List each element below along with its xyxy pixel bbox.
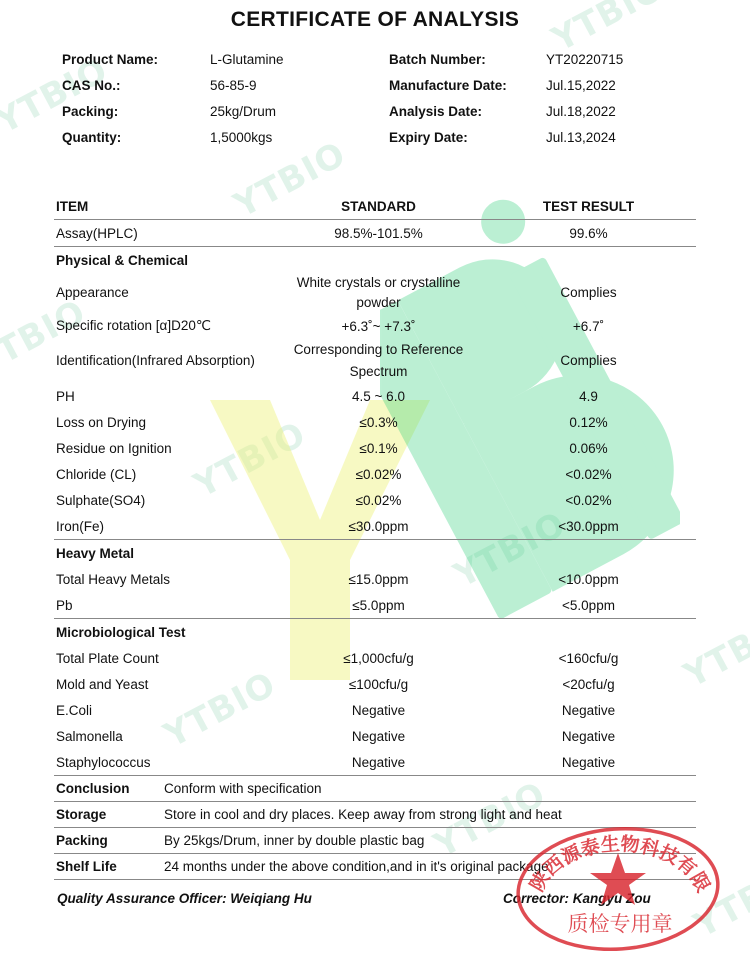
info-value: 1,5000kgs bbox=[210, 130, 272, 145]
cell-item: Staphylococcus bbox=[54, 749, 276, 776]
table-row: Assay(HPLC) 98.5%-101.5% 99.6% bbox=[54, 220, 696, 247]
summary-row: ConclusionConform with specification bbox=[54, 776, 696, 802]
cell-standard: +6.3˚~ +7.3˚ bbox=[276, 313, 481, 339]
summary-row: StorageStore in cool and dry places. Kee… bbox=[54, 802, 696, 828]
cell-item: Appearance bbox=[54, 273, 276, 313]
summary-label: Storage bbox=[54, 802, 164, 828]
cell-standard: 98.5%-101.5% bbox=[276, 220, 481, 247]
cell-standard: ≤0.1% bbox=[276, 435, 481, 461]
cell-result: Complies bbox=[481, 339, 696, 383]
qa-officer-signature: Quality Assurance Officer: Weiqiang Hu bbox=[57, 891, 312, 906]
cell-item: Loss on Drying bbox=[54, 409, 276, 435]
info-value: Jul.15,2022 bbox=[546, 78, 616, 93]
cell-item: Specific rotation [α]D20℃ bbox=[54, 313, 276, 339]
table-row: Sulphate(SO4)≤0.02%<0.02% bbox=[54, 487, 696, 513]
table-row: AppearanceWhite crystals or crystalline … bbox=[54, 273, 696, 313]
summary-value: Conform with specification bbox=[164, 776, 696, 802]
cell-standard: 4.5 ~ 6.0 bbox=[276, 383, 481, 409]
info-label: Product Name: bbox=[62, 52, 158, 67]
table-row: Total Heavy Metals≤15.0ppm<10.0ppm bbox=[54, 566, 696, 592]
svg-text:质检专用章: 质检专用章 bbox=[568, 912, 673, 936]
cell-standard: ≤100cfu/g bbox=[276, 671, 481, 697]
cell-result: 4.9 bbox=[481, 383, 696, 409]
summary-value: Store in cool and dry places. Keep away … bbox=[164, 802, 696, 828]
info-value: YT20220715 bbox=[546, 52, 623, 67]
summary-label: Packing bbox=[54, 828, 164, 854]
info-value: Jul.18,2022 bbox=[546, 104, 616, 119]
info-value: 25kg/Drum bbox=[210, 104, 276, 119]
summary-value: By 25kgs/Drum, inner by double plastic b… bbox=[164, 828, 696, 854]
table-row: Loss on Drying≤0.3%0.12% bbox=[54, 409, 696, 435]
cell-result: 0.06% bbox=[481, 435, 696, 461]
table-row: Pb≤5.0ppm<5.0ppm bbox=[54, 592, 696, 619]
header-item: ITEM bbox=[54, 193, 276, 220]
cell-item: Chloride (CL) bbox=[54, 461, 276, 487]
info-label: Manufacture Date: bbox=[389, 78, 507, 93]
cell-item: Pb bbox=[54, 592, 276, 619]
section-title: Microbiological Test bbox=[54, 619, 696, 646]
table-row: Residue on Ignition≤0.1%0.06% bbox=[54, 435, 696, 461]
table-row: Iron(Fe)≤30.0ppm<30.0ppm bbox=[54, 513, 696, 540]
cell-item: Total Heavy Metals bbox=[54, 566, 276, 592]
section-header-micro: Microbiological Test bbox=[54, 619, 696, 646]
cell-result: <30.0ppm bbox=[481, 513, 696, 540]
info-value: L-Glutamine bbox=[210, 52, 284, 67]
cell-result: <0.02% bbox=[481, 487, 696, 513]
table-row: SalmonellaNegativeNegative bbox=[54, 723, 696, 749]
cell-item: Residue on Ignition bbox=[54, 435, 276, 461]
section-header-heavy-metal: Heavy Metal bbox=[54, 540, 696, 567]
info-value: 56-85-9 bbox=[210, 78, 257, 93]
cell-standard: ≤0.02% bbox=[276, 487, 481, 513]
header-result: TEST RESULT bbox=[481, 193, 696, 220]
document-title: CERTIFICATE OF ANALYSIS bbox=[0, 8, 750, 32]
table-row: Chloride (CL)≤0.02%<0.02% bbox=[54, 461, 696, 487]
cell-item: Identification(Infrared Absorption) bbox=[54, 339, 276, 383]
cell-standard: ≤30.0ppm bbox=[276, 513, 481, 540]
cell-result: <20cfu/g bbox=[481, 671, 696, 697]
cell-result: <5.0ppm bbox=[481, 592, 696, 619]
summary-label: Conclusion bbox=[54, 776, 164, 802]
summary-row: PackingBy 25kgs/Drum, inner by double pl… bbox=[54, 828, 696, 854]
cell-item: Salmonella bbox=[54, 723, 276, 749]
summary-value: 24 months under the above condition,and … bbox=[164, 854, 696, 880]
cell-item: Assay(HPLC) bbox=[54, 220, 276, 247]
cell-standard: Negative bbox=[276, 723, 481, 749]
table-row: StaphylococcusNegativeNegative bbox=[54, 749, 696, 776]
cell-result: +6.7˚ bbox=[481, 313, 696, 339]
corrector-signature: Corrector: Kangyu Zou bbox=[503, 891, 651, 906]
table-row: Specific rotation [α]D20℃+6.3˚~ +7.3˚+6.… bbox=[54, 313, 696, 339]
cell-item: Sulphate(SO4) bbox=[54, 487, 276, 513]
cell-item: E.Coli bbox=[54, 697, 276, 723]
cell-result: Negative bbox=[481, 697, 696, 723]
header-standard: STANDARD bbox=[276, 193, 481, 220]
info-label: Analysis Date: bbox=[389, 104, 482, 119]
table-header-row: ITEM STANDARD TEST RESULT bbox=[54, 193, 696, 220]
cell-standard: ≤0.3% bbox=[276, 409, 481, 435]
cell-standard: ≤0.02% bbox=[276, 461, 481, 487]
cell-standard: ≤1,000cfu/g bbox=[276, 645, 481, 671]
cell-standard: ≤5.0ppm bbox=[276, 592, 481, 619]
table-row: E.ColiNegativeNegative bbox=[54, 697, 696, 723]
analysis-table: ITEM STANDARD TEST RESULT Assay(HPLC) 98… bbox=[54, 193, 696, 776]
table-row: Mold and Yeast≤100cfu/g<20cfu/g bbox=[54, 671, 696, 697]
info-label: Batch Number: bbox=[389, 52, 486, 67]
cell-result: Negative bbox=[481, 749, 696, 776]
cell-result: <0.02% bbox=[481, 461, 696, 487]
table-row: Total Plate Count≤1,000cfu/g<160cfu/g bbox=[54, 645, 696, 671]
info-label: Quantity: bbox=[62, 130, 121, 145]
section-title: Heavy Metal bbox=[54, 540, 696, 567]
cell-item: PH bbox=[54, 383, 276, 409]
cell-result: Negative bbox=[481, 723, 696, 749]
info-value: Jul.13,2024 bbox=[546, 130, 616, 145]
cell-item: Total Plate Count bbox=[54, 645, 276, 671]
summary-label: Shelf Life bbox=[54, 854, 164, 880]
cell-result: <160cfu/g bbox=[481, 645, 696, 671]
cell-standard: White crystals or crystalline powder bbox=[276, 273, 481, 313]
table-row: PH4.5 ~ 6.04.9 bbox=[54, 383, 696, 409]
cell-item: Iron(Fe) bbox=[54, 513, 276, 540]
cell-result: 0.12% bbox=[481, 409, 696, 435]
table-row: Identification(Infrared Absorption)Corre… bbox=[54, 339, 696, 383]
cell-standard: ≤15.0ppm bbox=[276, 566, 481, 592]
cell-result: <10.0ppm bbox=[481, 566, 696, 592]
watermark-logo: YTBIO bbox=[688, 854, 750, 946]
summary-row: Shelf Life24 months under the above cond… bbox=[54, 854, 696, 880]
cell-standard: Negative bbox=[276, 749, 481, 776]
cell-standard: Corresponding to Reference Spectrum bbox=[276, 339, 481, 383]
cell-item: Mold and Yeast bbox=[54, 671, 276, 697]
info-label: Expiry Date: bbox=[389, 130, 468, 145]
summary-table: ConclusionConform with specificationStor… bbox=[54, 775, 696, 880]
cell-result: Complies bbox=[481, 273, 696, 313]
cell-standard: Negative bbox=[276, 697, 481, 723]
section-title: Physical & Chemical bbox=[54, 247, 696, 274]
info-label: Packing: bbox=[62, 104, 118, 119]
info-label: CAS No.: bbox=[62, 78, 121, 93]
cell-result: 99.6% bbox=[481, 220, 696, 247]
section-header-physical: Physical & Chemical bbox=[54, 247, 696, 274]
